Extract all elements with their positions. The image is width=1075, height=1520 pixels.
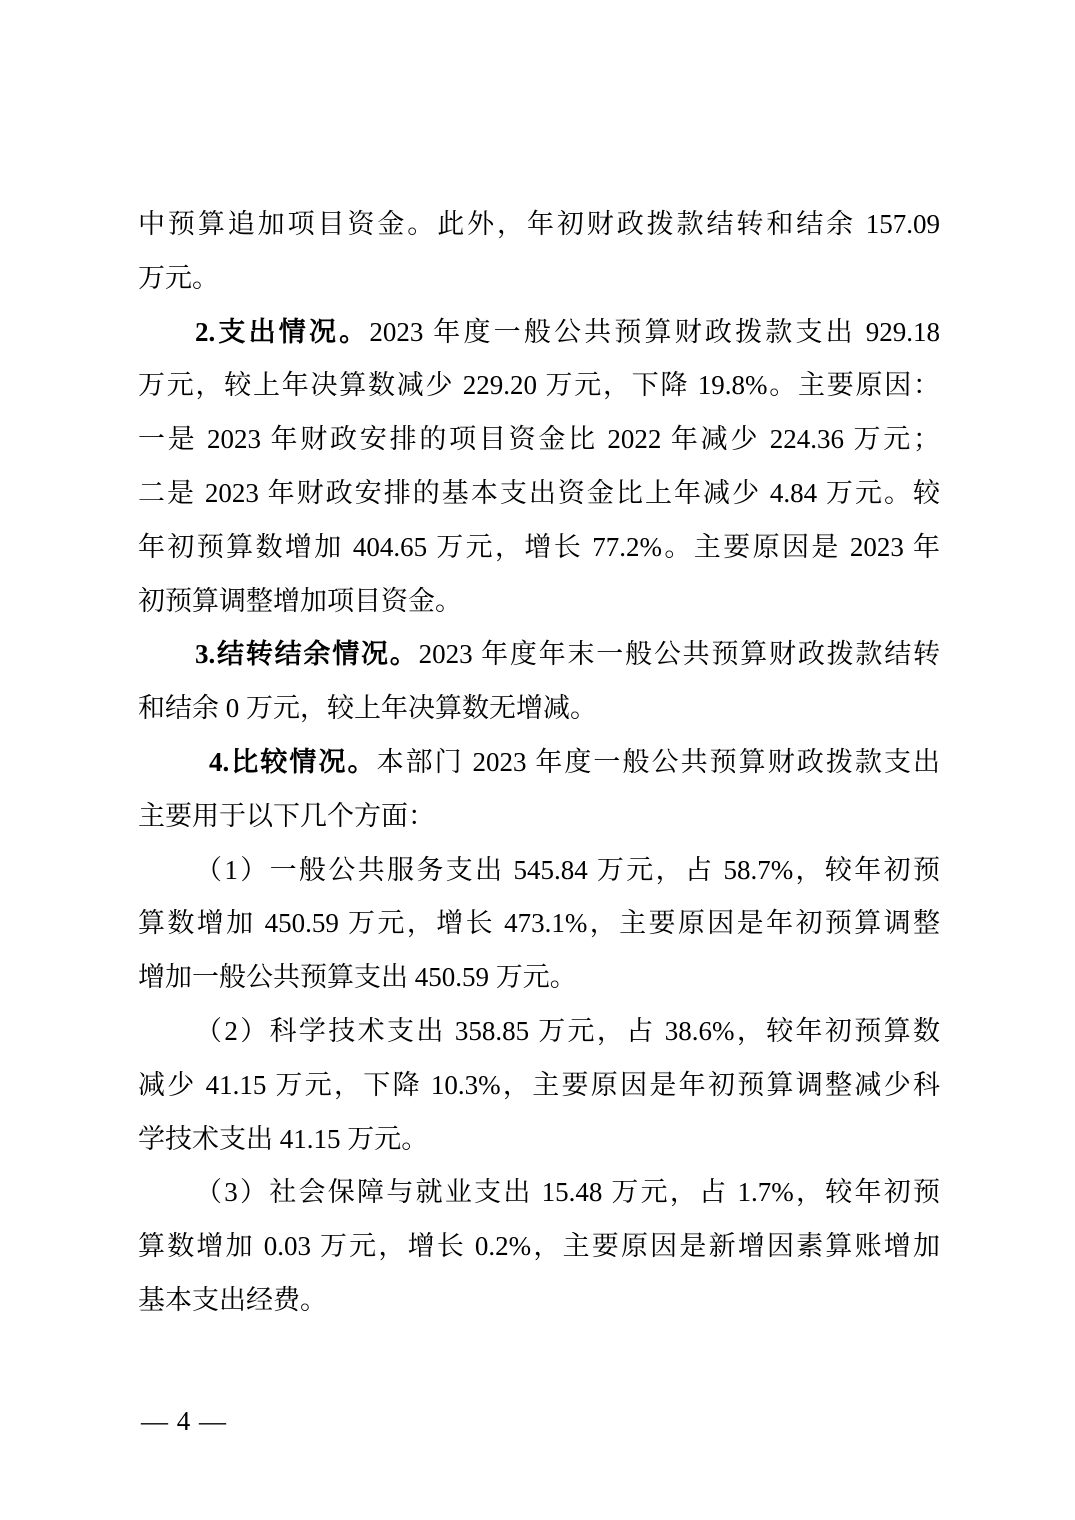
text-line: 减少 41.15 万元，下降 10.3%，主要原因是年初预算调整减少科 (138, 1059, 940, 1113)
document-page: 中预算追加项目资金。此外，年初财政拨款结转和结余 157.09万元。2.支出情况… (0, 0, 1075, 1520)
text-line: 和结余 0 万元，较上年决算数无增减。 (138, 682, 940, 736)
paragraph-heading-line: 2.支出情况。2023 年度一般公共预算财政拨款支出 929.18 (138, 306, 940, 360)
text-line: （1）一般公共服务支出 545.84 万元，占 58.7%，较年初预 (138, 844, 940, 898)
paragraph-heading-line: 4.比较情况。本部门 2023 年度一般公共预算财政拨款支出 (138, 736, 940, 790)
text-line: 算数增加 450.59 万元，增长 473.1%，主要原因是年初预算调整 (138, 897, 940, 951)
text-line: 主要用于以下几个方面： (138, 790, 940, 844)
text-line: 二是 2023 年财政安排的基本支出资金比上年减少 4.84 万元。较 (138, 467, 940, 521)
text-line: 万元。 (138, 252, 940, 306)
text-line: 算数增加 0.03 万元，增长 0.2%，主要原因是新增因素算账增加 (138, 1220, 940, 1274)
text-line: （2）科学技术支出 358.85 万元，占 38.6%，较年初预算数 (138, 1005, 940, 1059)
heading-run: 4.比较情况。 (209, 747, 377, 777)
page-number: — 4 — (141, 1408, 227, 1435)
heading-run: 3.结转结余情况。 (195, 639, 419, 669)
text-line: 基本支出经费。 (138, 1274, 940, 1328)
text-line: （3）社会保障与就业支出 15.48 万元，占 1.7%，较年初预 (138, 1166, 940, 1220)
text-line: 学技术支出 41.15 万元。 (138, 1113, 940, 1167)
paragraph-heading-line: 3.结转结余情况。2023 年度年末一般公共预算财政拨款结转 (138, 628, 940, 682)
document-body: 中预算追加项目资金。此外，年初财政拨款结转和结余 157.09万元。2.支出情况… (138, 198, 940, 1328)
text-line: 初预算调整增加项目资金。 (138, 575, 940, 629)
text-line: 一是 2023 年财政安排的项目资金比 2022 年减少 224.36 万元； (138, 413, 940, 467)
text-line: 中预算追加项目资金。此外，年初财政拨款结转和结余 157.09 (138, 198, 940, 252)
heading-run: 2.支出情况。 (195, 317, 369, 347)
text-line: 增加一般公共预算支出 450.59 万元。 (138, 951, 940, 1005)
text-line: 万元，较上年决算数减少 229.20 万元，下降 19.8%。主要原因： (138, 359, 940, 413)
text-line: 年初预算数增加 404.65 万元，增长 77.2%。主要原因是 2023 年 (138, 521, 940, 575)
